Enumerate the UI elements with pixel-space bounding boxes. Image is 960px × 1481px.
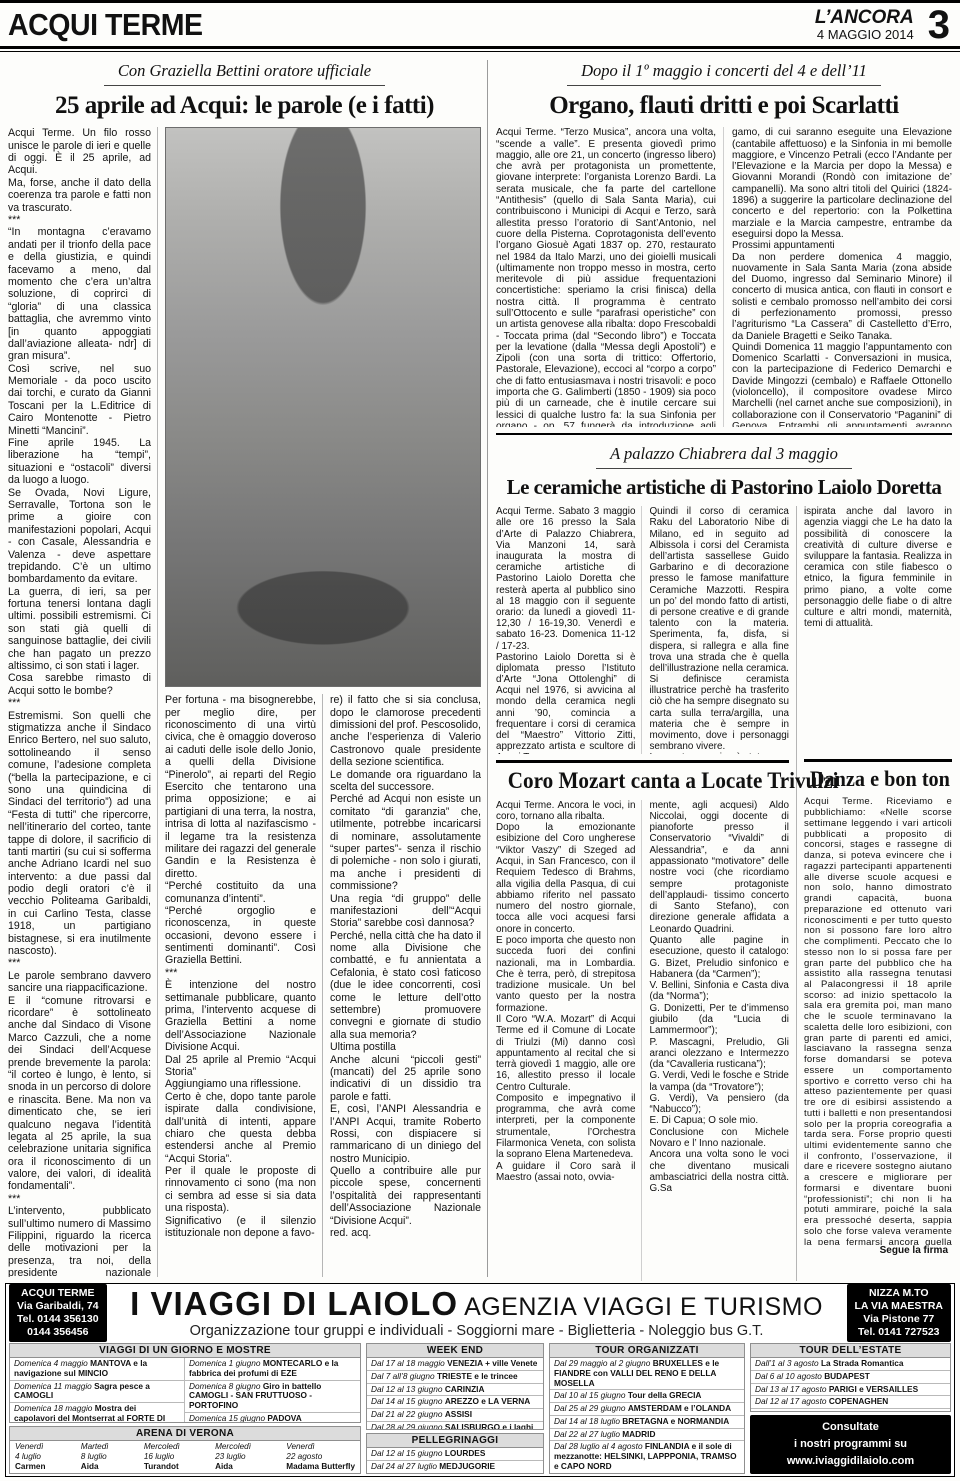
trip-item: Dal 12 al 13 giugno CARINZIA [367,1384,543,1397]
ceremony-photo [165,127,481,687]
arena-show: Martedì8 luglioAida [81,1442,109,1472]
signature: Segue la firma [804,1245,952,1256]
agency-type: AGENZIA VIAGGI E TURISMO [458,1293,823,1321]
section-title: ARENA DI VERONA [10,1427,360,1441]
paper-info: L’ANCORA 4 MAGGIO 2014 [815,8,914,42]
article-kicker: A palazzo Chiabrera dal 3 maggio [596,444,852,469]
trip-item: Dal 25 al 29 giugno AMSTERDAM e l’OLANDA [550,1403,744,1416]
ad-column-b: WEEK END Dal 17 al 18 maggio VENEZIA + v… [366,1343,544,1474]
coro-column-1: Acqui Terme. Ancora le voci, in coro, to… [496,800,642,1281]
paper-date: 4 MAGGIO 2014 [815,28,914,42]
trip-item: Dal 12 al 15 giugno LOURDES [367,1448,543,1461]
kicker-row: A palazzo Chiabrera dal 3 maggio [496,435,952,469]
masthead-right: L’ANCORA 4 MAGGIO 2014 3 [815,5,950,45]
lower-right: ispirata anche dal lavoro in agenzia via… [797,506,952,1281]
article-organo: Dopo il 1º maggio i concerti del 4 e del… [496,52,952,427]
agency-address-nizza: NIZZA M.TO LA VIA MAESTRA Via Pistone 77… [847,1284,951,1343]
ad-header: ACQUI TERME Via Garibaldi, 74 Tel. 0144 … [9,1286,951,1340]
trip-item: Domenica 11 maggio Sagra pesce a CAMOGLI [10,1381,184,1404]
article-column-a: Acqui Terme. “Terzo Musica”, ancora una … [496,127,724,427]
section-title: VIAGGI DI UN GIORNO E MOSTRE [10,1344,360,1358]
article-headline: Le ceramiche artistiche di Pastorino Lai… [496,476,952,498]
trip-item: Dal 6 al 10 agosto BUDAPEST [751,1371,950,1384]
trip-item: Dal 7 all’8 giugno TRIESTE e le trincee [367,1371,543,1384]
article-headline: Coro Mozart canta a Locate Trivulzi [508,768,778,793]
day-trips-col-1: Domenica 4 maggio MANTOVA e la navigazio… [10,1358,185,1423]
trip-item: Domenica 18 maggio Mostra dei capolavori… [10,1403,184,1423]
trip-item: Dal 28 luglio al 4 agosto FINLANDIA e il… [550,1441,744,1472]
ad-sections: VIAGGI DI UN GIORNO E MOSTRE Domenica 4 … [9,1343,951,1474]
ceramiche-body: Acqui Terme. Sabato 3 maggio alle ore 16… [496,506,789,754]
trip-item: Dal 14 al 15 giugno AREZZO e LA VERNA [367,1396,543,1409]
article-lower-columns: Per fortuna - ma bisognerebbe, per megli… [165,694,481,1277]
ad-column-d: TOUR DELL’ESTATE Dall’1 al 3 agosto La S… [750,1343,951,1474]
arena-show: Mercoledì23 luglioAida [215,1442,251,1472]
section-title: ACQUI TERME [8,7,203,43]
trip-item: Domenica 1 giugno MONTECARLO e la fabbri… [185,1358,360,1381]
article-kicker: Con Graziella Bettini oratore ufficiale [104,61,385,86]
trip-item: Dal 24 al 27 luglio MEDJUGORIE [367,1461,543,1473]
ad-column-a: VIAGGI DI UN GIORNO E MOSTRE Domenica 4 … [9,1343,361,1474]
travel-agency-ad: ACQUI TERME Via Garibaldi, 74 Tel. 0144 … [5,1283,955,1477]
section-title: WEEK END [367,1344,543,1358]
article-column-3: re) il fatto che si sia conclusa, dopo l… [323,694,481,1277]
section-tours: TOUR ORGANIZZATI Dal 29 maggio al 2 giug… [549,1343,745,1474]
main-content: Con Graziella Bettini oratore ufficiale … [0,52,960,1281]
article-body: Acqui Terme. Un filo rosso unisce le par… [8,127,481,1277]
trip-item: Dal 14 al 17 agosto PRAGA [751,1409,950,1412]
right-half: Dopo il 1º maggio i concerti del 4 e del… [488,52,960,1281]
page-number: 3 [928,5,950,45]
ceramiche-column-1: Acqui Terme. Sabato 3 maggio alle ore 16… [496,506,642,754]
trip-item: Dal 12 al 17 agosto COPENAGHEN [751,1396,950,1409]
day-trips-col-2: Domenica 1 giugno MONTECARLO e la fabbri… [185,1358,360,1423]
agency-address-acqui: ACQUI TERME Via Garibaldi, 74 Tel. 0144 … [9,1284,107,1343]
article-column-b: gamo, di cui saranno eseguite una Elevaz… [724,127,952,427]
ad-title-line: I VIAGGI DI LAIOLO AGENZIA VIAGGI E TURI… [115,1287,839,1322]
website-banner: Consultate i nostri programmi su www.ivi… [750,1415,951,1474]
article-column-2: Per fortuna - ma bisognerebbe, per megli… [165,694,323,1277]
trip-item: Domenica 8 giugno Giro in battello CAMOG… [185,1381,360,1413]
trip-item: Dal 17 al 18 maggio VENEZIA + ville Vene… [367,1358,543,1371]
article-25-aprile: Con Graziella Bettini oratore ufficiale … [0,52,487,1281]
ceramiche-column-3: ispirata anche dal lavoro in agenzia via… [804,506,952,754]
trip-item: Domenica 15 giugno PADOVA [185,1413,360,1424]
article-body: Acqui Terme. “Terzo Musica”, ancora una … [496,127,952,427]
arena-show: Venerdì22 agostoMadama Butterfly [286,1442,355,1472]
kicker-row: Dopo il 1º maggio i concerti del 4 e del… [496,52,952,86]
section-title: PELLEGRINAGGI [367,1434,543,1448]
article-column-1: Acqui Terme. Un filo rosso unisce le par… [8,127,158,1277]
kicker-row: Con Graziella Bettini oratore ufficiale [8,52,481,86]
section-title: TOUR ORGANIZZATI [550,1344,744,1358]
trip-item: Dall’1 al 3 agosto La Strada Romantica [751,1358,950,1371]
article-headline: 25 aprile ad Acqui: le parole (e i fatti… [8,93,481,119]
agency-name: I VIAGGI DI LAIOLO [130,1285,458,1322]
right-lower-region: Acqui Terme. Sabato 3 maggio alle ore 16… [496,506,952,1281]
trip-item: Dal 14 al 18 luglio BRETAGNA e NORMANDIA [550,1416,744,1429]
pellegrinaggi-items: Dal 12 al 15 giugno LOURDESDal 24 al 27 … [367,1448,543,1473]
article-kicker: Dopo il 1º maggio i concerti del 4 e del… [567,61,881,86]
trip-item: Dal 29 maggio al 2 giugno BRUXELLES e le… [550,1358,744,1390]
arena-shows: Venerdì4 luglioCarmenMartedì8 luglioAida… [10,1441,360,1473]
trip-item: Dal 10 al 15 giugno Tour della GRECIA [550,1390,744,1403]
newspaper-page: ACQUI TERME L’ANCORA 4 MAGGIO 2014 3 Con… [0,0,960,1481]
paper-name: L’ANCORA [815,8,914,28]
arena-show: Mercoledì16 luglioTurandot [144,1442,180,1472]
ad-title-block: I VIAGGI DI LAIOLO AGENZIA VIAGGI E TURI… [115,1287,839,1339]
article-headline: Danza e bon ton [810,767,946,791]
trip-item: Dal 28 al 29 giugno SALISBURGO e i laghi [367,1422,543,1431]
section-summer-tours: TOUR DELL’ESTATE Dall’1 al 3 agosto La S… [750,1343,951,1412]
ad-subtitle: Organizzazione tour gruppi e individuali… [115,1324,839,1339]
lower-left: Acqui Terme. Sabato 3 maggio alle ore 16… [496,506,797,1281]
day-trips-columns: Domenica 4 maggio MANTOVA e la navigazio… [10,1358,360,1423]
section-arena-verona: ARENA DI VERONA Venerdì4 luglioCarmenMar… [9,1426,361,1474]
section-title: TOUR DELL’ESTATE [751,1344,950,1358]
section-day-trips: VIAGGI DI UN GIORNO E MOSTRE Domenica 4 … [9,1343,361,1423]
section-pellegrinaggi: PELLEGRINAGGI Dal 12 al 15 giugno LOURDE… [366,1433,544,1474]
trip-item: Dal 22 al 27 luglio MADRID [550,1429,744,1442]
article-headline: Organo, flauti dritti e poi Scarlatti [496,93,952,119]
summer-items: Dall’1 al 3 agosto La Strada RomanticaDa… [751,1358,950,1412]
danza-text: Acqui Terme. Riceviamo e pubblichiamo: «… [804,797,952,1245]
article-danza: Danza e bon ton Acqui Terme. Riceviamo e… [804,759,952,1256]
weekend-items: Dal 17 al 18 maggio VENEZIA + ville Vene… [367,1358,543,1430]
coro-column-2: mente, agli acquesi) Aldo Niccolai, oggi… [642,800,788,1281]
tour-items: Dal 29 maggio al 2 giugno BRUXELLES e le… [550,1358,744,1473]
article-right-part: Per fortuna - ma bisognerebbe, per megli… [158,127,481,1277]
trip-item: Domenica 4 maggio MANTOVA e la navigazio… [10,1358,184,1381]
masthead-rule-thick [0,46,960,49]
trip-item: Dal 13 al 17 agosto PARIGI e VERSAILLES [751,1384,950,1397]
article-body: Acqui Terme. Ancora le voci, in coro, to… [496,800,789,1281]
ceramiche-column-2: Quindi il corso di ceramica Raku del Lab… [642,506,788,754]
article-ceramiche: A palazzo Chiabrera dal 3 maggio Le cera… [496,435,952,498]
trip-item: Dal 21 al 22 giugno ASSISI [367,1409,543,1422]
article-coro-mozart: Coro Mozart canta a Locate Trivulzi Acqu… [496,760,789,1281]
masthead: ACQUI TERME L’ANCORA 4 MAGGIO 2014 3 [0,3,960,46]
section-weekend: WEEK END Dal 17 al 18 maggio VENEZIA + v… [366,1343,544,1430]
arena-show: Venerdì4 luglioCarmen [15,1442,46,1472]
ad-column-c: TOUR ORGANIZZATI Dal 29 maggio al 2 giug… [549,1343,745,1474]
